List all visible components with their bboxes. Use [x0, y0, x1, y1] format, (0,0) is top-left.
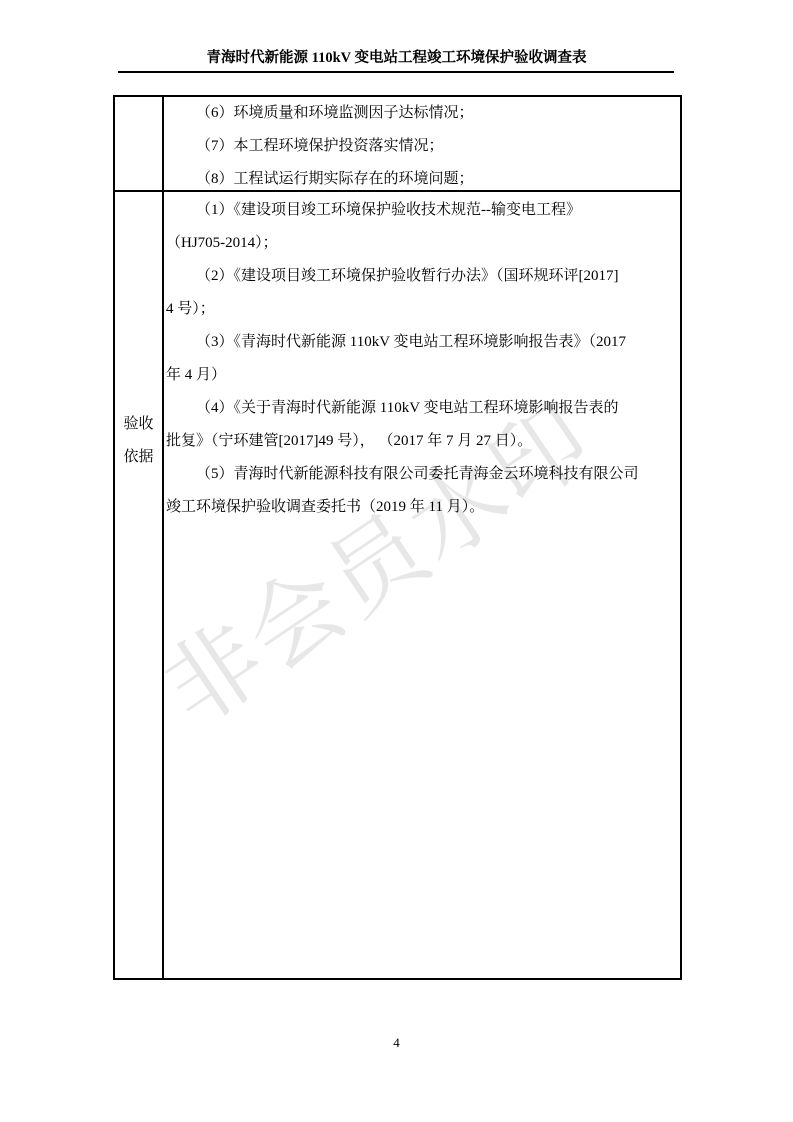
- title-underline: [118, 71, 674, 73]
- acceptance-basis-row-content-cell: （1）《建设项目竣工环境保护验收技术规范--输变电工程》 （HJ705-2014…: [164, 192, 680, 978]
- list-item: （2）《建设项目竣工环境保护验收暂行办法》（国环规环评[2017] 4 号）；: [166, 260, 676, 326]
- list-item: （4）《关于青海时代新能源 110kV 变电站工程环境影响报告表的 批复》（宁环…: [166, 392, 676, 458]
- continuation-row-label-cell: [115, 97, 164, 192]
- document-page: 非会员水印 青海时代新能源 110kV 变电站工程竣工环境保护验收调查表 （6）…: [0, 0, 793, 1122]
- list-item: （3）《青海时代新能源 110kV 变电站工程环境影响报告表》（2017 年 4…: [166, 326, 676, 392]
- list-item: （6）环境质量和环境监测因子达标情况；: [166, 97, 676, 130]
- document-title: 青海时代新能源 110kV 变电站工程竣工环境保护验收调查表: [0, 48, 793, 68]
- list-item: （1）《建设项目竣工环境保护验收技术规范--输变电工程》 （HJ705-2014…: [166, 194, 676, 260]
- continuation-row-content-cell: （6）环境质量和环境监测因子达标情况； （7）本工程环境保护投资落实情况； （8…: [164, 97, 680, 192]
- page-number: 4: [0, 1035, 793, 1051]
- list-item: （5）青海时代新能源科技有限公司委托青海金云环境科技有限公司 竣工环境保护验收调…: [166, 458, 676, 524]
- acceptance-survey-table: （6）环境质量和环境监测因子达标情况； （7）本工程环境保护投资落实情况； （8…: [113, 95, 682, 980]
- list-item: （7）本工程环境保护投资落实情况；: [166, 130, 676, 163]
- acceptance-basis-row-label: 验收依据: [115, 192, 164, 978]
